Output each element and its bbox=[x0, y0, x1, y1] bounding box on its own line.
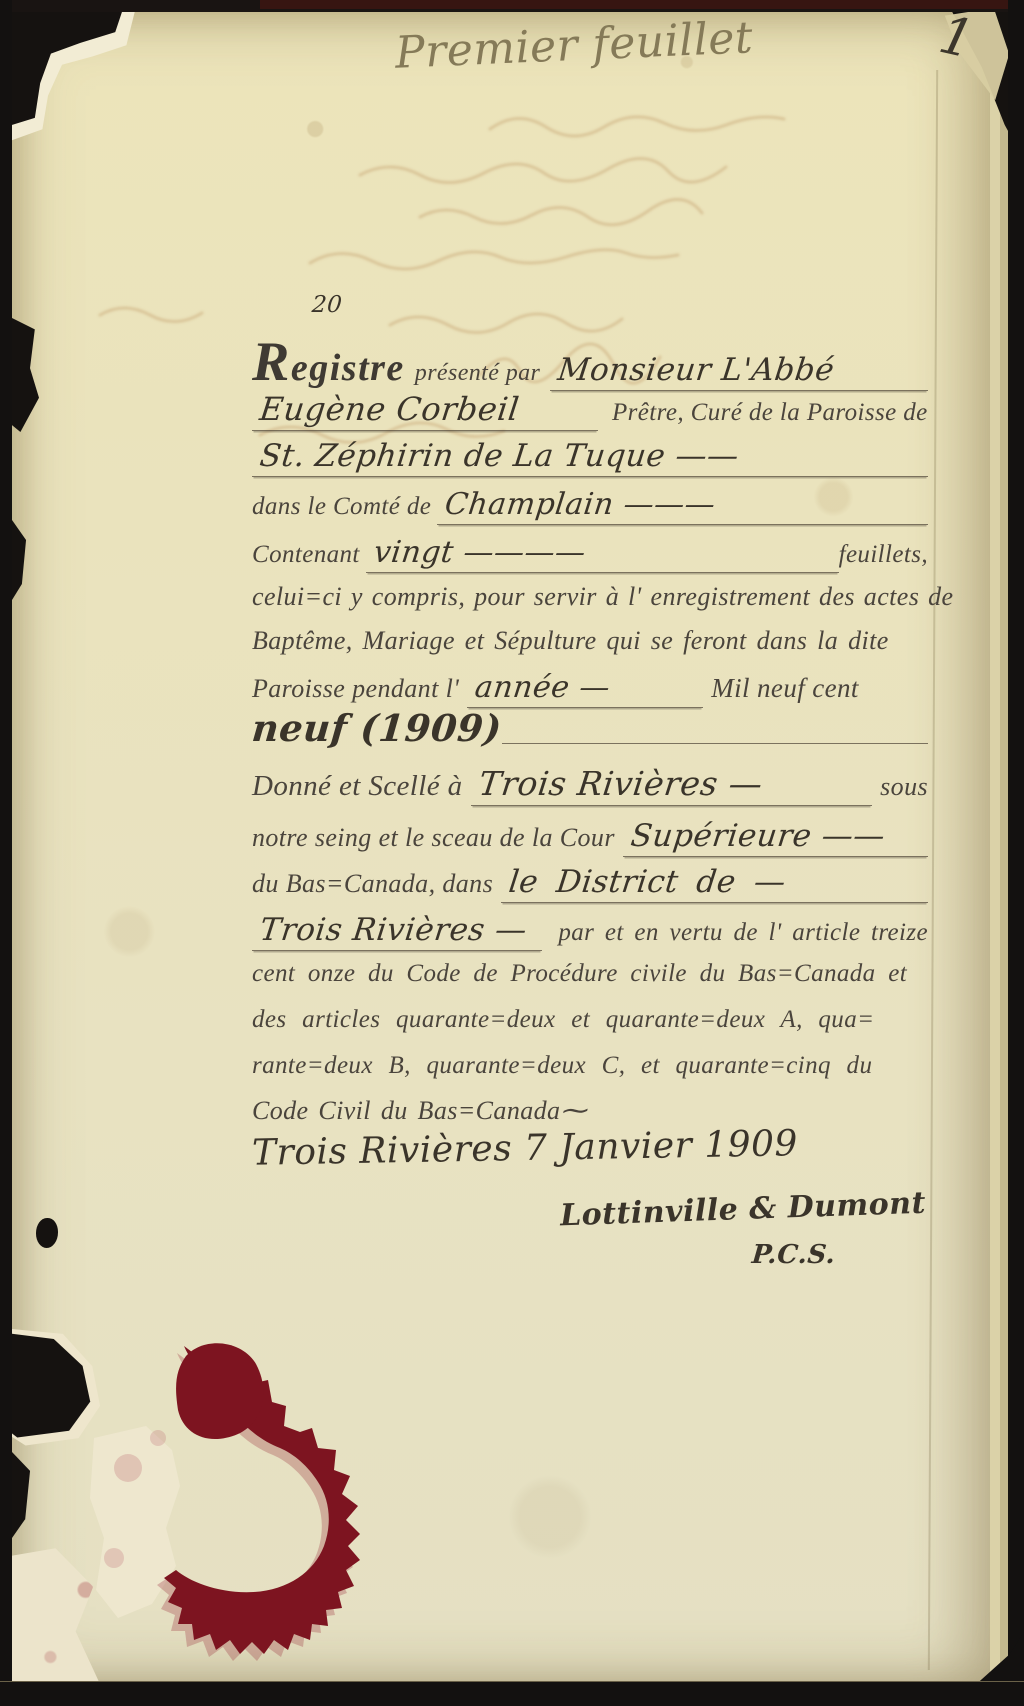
form-line-code-civil: Code Civil du Bas=Canada⁓ bbox=[252, 1096, 928, 1126]
printed-code-civil: Code Civil du Bas=Canada⁓ bbox=[252, 1096, 587, 1126]
backdrop-left bbox=[0, 0, 12, 1706]
entry-district: le District de — bbox=[507, 864, 788, 900]
printed-compris-line: celui=ci y compris, pour servir à l' enr… bbox=[252, 582, 953, 612]
printed-pretre-cure: Prêtre, Curé de la Paroisse de bbox=[612, 399, 928, 427]
wax-seal bbox=[88, 1318, 388, 1688]
seal-residue bbox=[150, 1430, 166, 1446]
form-line-registre: Registre présenté par Monsieur L'Abbé bbox=[252, 330, 928, 394]
form-line-seing: notre seing et le sceau de la Cour Supér… bbox=[252, 818, 928, 857]
printed-notre-seing: notre seing et le sceau de la Cour bbox=[252, 823, 615, 853]
entry-annee: année — bbox=[473, 670, 612, 705]
form-line-district-ville: Trois Rivières — par et en vertu de l' a… bbox=[252, 912, 928, 951]
signature-title: P.C.S. bbox=[751, 1240, 837, 1270]
form-line-annee: Paroisse pendant l' année — Mil neuf cen… bbox=[252, 670, 928, 708]
ghost-squiggle bbox=[100, 308, 202, 322]
printed-par-vertu: par et en vertu de l' article treize bbox=[558, 919, 928, 947]
printed-cent-onze: cent onze du Code de Procédure civile du… bbox=[252, 960, 907, 988]
seal-residue bbox=[104, 1548, 124, 1568]
printed-presente-par: présenté par bbox=[415, 360, 540, 387]
backdrop-right bbox=[1008, 0, 1024, 1706]
printed-paroisse-pendant: Paroisse pendant l' bbox=[252, 674, 459, 704]
printed-bapteme-line: Baptême, Mariage et Sépulture qui se fer… bbox=[252, 626, 889, 656]
entry-monsieur-labbe: Monsieur L'Abbé bbox=[556, 352, 837, 388]
entry-paroisse-name: St. Zéphirin de La Tuque —— bbox=[258, 438, 741, 474]
form-line-paroisse: St. Zéphirin de La Tuque —— bbox=[252, 438, 928, 477]
printed-dans-comte: dans le Comté de bbox=[252, 493, 431, 521]
printed-mil-neuf-cent: Mil neuf cent bbox=[711, 673, 859, 704]
printed-bas-canada: du Bas=Canada, dans bbox=[252, 869, 493, 899]
printed-sous: sous bbox=[880, 772, 928, 802]
printed-feuillets: feuillets, bbox=[839, 541, 928, 569]
seal-upper-lobe bbox=[176, 1343, 263, 1439]
entry-comte-name: Champlain ——— bbox=[443, 487, 718, 522]
backdrop-top-maroon bbox=[260, 0, 1008, 9]
form-line-cent-onze: cent onze du Code de Procédure civile du… bbox=[252, 960, 928, 988]
entry-district-ville: Trois Rivières — bbox=[258, 912, 529, 948]
printed-contenant: Contenant bbox=[252, 541, 360, 569]
ghost-squiggle bbox=[490, 117, 784, 136]
ghost-squiggle bbox=[420, 199, 702, 224]
form-line-rante: rante=deux B, quarante=deux C, et quaran… bbox=[252, 1052, 928, 1080]
printed-registre-label: Registre bbox=[252, 330, 405, 394]
form-line-bapteme: Baptême, Mariage et Sépulture qui se fer… bbox=[252, 626, 928, 656]
ghost-squiggle bbox=[360, 158, 726, 182]
corner-mark: 20 bbox=[311, 292, 344, 318]
form-line-contenant: Contenant vingt ———— feuillets, bbox=[252, 535, 928, 573]
blank-rule bbox=[502, 742, 928, 744]
entry-ville-scelle: Trois Rivières — bbox=[476, 764, 764, 803]
seal-residue bbox=[114, 1454, 142, 1482]
printed-donne-scelle: Donné et Scellé à bbox=[252, 770, 463, 803]
register-scan-page: Premier feuillet 1 20 Registre présenté … bbox=[0, 0, 1024, 1706]
page-edge-strip-outer bbox=[990, 12, 1000, 1684]
ghost-squiggle bbox=[310, 250, 678, 269]
printed-articles: des articles quarante=deux et quarante=d… bbox=[252, 1006, 874, 1034]
form-line-cure-name: Eugène Corbeil Prêtre, Curé de la Parois… bbox=[252, 390, 928, 431]
entry-feuillet-count: vingt ———— bbox=[372, 535, 588, 570]
entry-neuf-1909: neuf (1909) bbox=[250, 706, 503, 750]
printed-rante: rante=deux B, quarante=deux C, et quaran… bbox=[252, 1052, 872, 1080]
form-line-neuf-1909: neuf (1909) bbox=[252, 706, 928, 750]
form-line-donne-scelle: Donné et Scellé à Trois Rivières — sous bbox=[252, 764, 928, 806]
form-line-comte: dans le Comté de Champlain ——— bbox=[252, 487, 928, 525]
form-line-articles: des articles quarante=deux et quarante=d… bbox=[252, 1006, 928, 1034]
entry-cour-type: Supérieure —— bbox=[629, 818, 887, 854]
page-edge-strip-inner bbox=[1000, 16, 1008, 1680]
form-line-district: du Bas=Canada, dans le District de — bbox=[252, 864, 928, 903]
form-line-compris: celui=ci y compris, pour servir à l' enr… bbox=[252, 582, 928, 612]
entry-cure-name: Eugène Corbeil bbox=[258, 390, 522, 428]
